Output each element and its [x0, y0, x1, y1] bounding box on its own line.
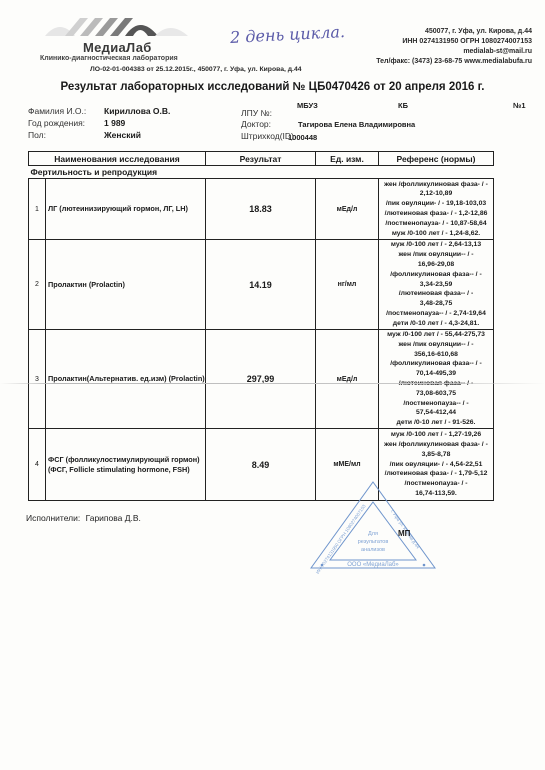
test-unit: нг/мл [316, 240, 379, 330]
reference-line: /пик овуляции- / - 4,54-22,51 [380, 460, 492, 470]
test-result: 297,99 [206, 330, 316, 429]
barcode-label: Штрихкод(ID) [241, 131, 294, 141]
triangle-stamp-icon: Для результатов анализов ООО «МедиаЛаб» … [308, 480, 438, 580]
reference-line: 16,96-29,08 [380, 260, 492, 270]
reference-line: /постменопауза-- / - 2,74-19,64 [380, 309, 492, 319]
reference-line: дети /0-10 лет / - 91-526. [380, 418, 492, 428]
test-result: 14.19 [206, 240, 316, 330]
table-row: 2 Пролактин (Prolactin) 14.19 нг/мл муж … [29, 240, 494, 330]
lpu-part-1: МБУЗ [297, 101, 318, 110]
reference-line: /лютеиновая фаза- / - 1,79-5,12 [380, 469, 492, 479]
header-test-name: Наименования исследования [29, 152, 206, 166]
lab-address: 450077, г. Уфа, ул. Кирова, д.44 [376, 27, 532, 37]
birth-year-label: Год рождения: [28, 118, 85, 128]
test-unit: мЕд/л [316, 179, 379, 240]
birth-year: 1 989 [104, 118, 125, 128]
section-row: Фертильность и репродукция [29, 166, 494, 179]
executors-name: Гарипова Д.В. [86, 513, 141, 523]
sex: Женский [104, 130, 141, 140]
row-number: 1 [29, 179, 46, 240]
lab-license: ЛО-02-01-004383 от 25.12.2015г., 450077,… [90, 66, 302, 73]
row-number: 2 [29, 240, 46, 330]
test-name: ФСГ (фолликулостимулирующий гормон) (ФСГ… [46, 429, 206, 501]
reference-line: 3,85-8,78 [380, 450, 492, 460]
reference-line: 2,12-10,89 [380, 189, 492, 199]
reference-line: /пик овуляции- / - 19,18-103,03 [380, 199, 492, 209]
medialab-logo: МедиаЛаб Клинико-диагностическая лаборат… [40, 14, 190, 64]
barcode-id: 1000448 [288, 133, 317, 142]
logo-subtitle: Клинико-диагностическая лаборатория [40, 55, 178, 62]
results-table: Наименования исследования Результат Ед. … [28, 151, 494, 501]
test-reference: муж /0-100 лет / - 55,44-275,73жен /пик … [379, 330, 494, 429]
executors-label: Исполнители: [26, 513, 80, 523]
row-number: 4 [29, 429, 46, 501]
test-name: Пролактин (Prolactin) [46, 240, 206, 330]
reference-line: /постменопауза-- / - [380, 399, 492, 409]
header-reference: Референс (нормы) [379, 152, 494, 166]
paper-fold-line [0, 383, 545, 384]
reference-line: 3,48-28,75 [380, 299, 492, 309]
table-row: 1 ЛГ (лютеинизирующий гормон, ЛГ, LH) 18… [29, 179, 494, 240]
executors: Исполнители: Гарипова Д.В. [26, 513, 141, 523]
table-header-row: Наименования исследования Результат Ед. … [29, 152, 494, 166]
lab-contact-info: 450077, г. Уфа, ул. Кирова, д.44 ИНН 027… [376, 27, 532, 67]
patient-name-label: Фамилия И.О.: [28, 106, 86, 116]
header-result: Результат [206, 152, 316, 166]
lab-email: medialab-st@mail.ru [376, 47, 532, 57]
reference-line: дети /0-10 лет / - 4,3-24,81. [380, 319, 492, 329]
reference-line: 73,08-603,75 [380, 389, 492, 399]
reference-line: 70,14-495,39 [380, 369, 492, 379]
reference-line: /лютеиновая фаза- / - 1,2-12,86 [380, 209, 492, 219]
test-reference: муж /0-100 лет / - 2,64-13,13жен /пик ов… [379, 240, 494, 330]
reference-line: муж /0-100 лет / - 2,64-13,13 [380, 240, 492, 250]
test-result: 8.49 [206, 429, 316, 501]
test-unit: мЕд/л [316, 330, 379, 429]
section-title: Фертильность и репродукция [29, 166, 494, 179]
lpu-label: ЛПУ №: [241, 108, 272, 118]
doctor-label: Доктор: [241, 119, 271, 129]
test-name: Пролактин(Альтернатив. ед.изм) (Prolacti… [46, 330, 206, 429]
lpu-part-3: №1 [513, 101, 526, 110]
reference-line: 3,34-23,59 [380, 280, 492, 290]
lab-inn-ogrn: ИНН 0274131950 ОГРН 1080274007153 [376, 37, 532, 47]
test-result: 18.83 [206, 179, 316, 240]
reference-line: жен /фолликулиновая фаза- / - [380, 440, 492, 450]
reference-line: /постменопауза- / - 10,87-58,64 [380, 219, 492, 229]
table-row: 3 Пролактин(Альтернатив. ед.изм) (Prolac… [29, 330, 494, 429]
stamp-center-line-1: Для [368, 531, 378, 537]
stamp-center-line-3: анализов [361, 547, 385, 553]
test-reference: жен /фолликулиновая фаза- / -2,12-10,89/… [379, 179, 494, 240]
reference-line: жен /пик овуляции-- / - [380, 250, 492, 260]
patient-name: Кириллова О.В. [104, 106, 170, 116]
header-unit: Ед. изм. [316, 152, 379, 166]
row-number: 3 [29, 330, 46, 429]
reference-line: /фолликулиновая фаза-- / - [380, 270, 492, 280]
lab-phone-web: Тел/факс: (3473) 23-68-75 www.medialabuf… [376, 57, 532, 67]
reference-line: /лютеиновая фаза-- / - [380, 289, 492, 299]
reference-line: /фолликулиновая фаза-- / - [380, 359, 492, 369]
reference-line: муж /0-100 лет / - 1,24-8,62. [380, 229, 492, 239]
reference-line: муж /0-100 лет / - 55,44-275,73 [380, 330, 492, 340]
test-name: ЛГ (лютеинизирующий гормон, ЛГ, LH) [46, 179, 206, 240]
report-title: Результат лабораторных исследований № ЦБ… [0, 81, 545, 93]
handwritten-note: 2 день цикла. [230, 22, 346, 47]
lpu-part-2: КБ [398, 101, 408, 110]
reference-line: 356,16-610,68 [380, 350, 492, 360]
doctor-name: Тагирова Елена Владимировна [298, 120, 415, 129]
logo-name: МедиаЛаб [83, 40, 152, 55]
stamp-bottom-text: ООО «МедиаЛаб» [347, 562, 399, 568]
sex-label: Пол: [28, 130, 46, 140]
reference-line: жен /пик овуляции-- / - [380, 340, 492, 350]
reference-line: жен /фолликулиновая фаза- / - [380, 180, 492, 190]
logo-mark-icon [40, 14, 190, 40]
reference-line: муж /0-100 лет / - 1,27-19,26 [380, 430, 492, 440]
stamp-center-line-2: результатов [358, 539, 389, 545]
reference-line: 57,54-412,44 [380, 408, 492, 418]
seal-label: МП [398, 529, 410, 538]
